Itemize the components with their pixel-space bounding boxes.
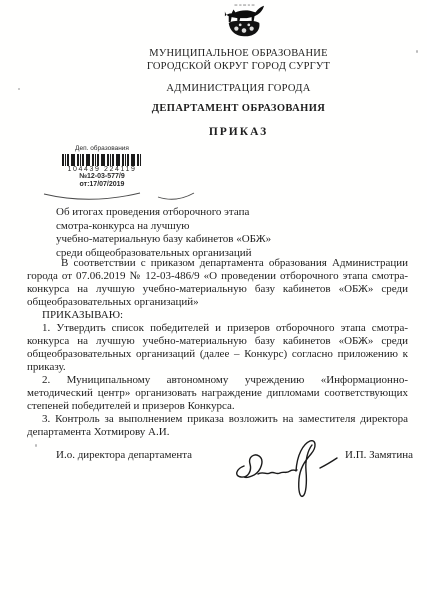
subject-block: Об итогах проведения отборочного этапа с… [56, 206, 306, 260]
surgut-fox-crest-icon [223, 3, 265, 39]
handwritten-signature [230, 424, 342, 506]
department-line: ДЕПАРТАМЕНТ ОБРАЗОВАНИЯ [50, 103, 427, 114]
scan-speck [416, 50, 418, 53]
scan-speck [35, 444, 37, 447]
org-name: МУНИЦИПАЛЬНОЕ ОБРАЗОВАНИЕ ГОРОДСКОЙ ОКРУ… [50, 48, 427, 73]
order-item-2: 2. Муниципальному автономному учреждению… [27, 374, 408, 413]
intro-paragraph: В соответствии с приказом департамента о… [27, 257, 408, 309]
signer-position: И.о. директора департамента [56, 449, 192, 461]
org-name-line2: ГОРОДСКОЙ ОКРУГ ГОРОД СУРГУТ [50, 61, 427, 74]
stamp-date: от:17/07/2019 [62, 181, 142, 189]
order-body: В соответствии с приказом департамента о… [27, 257, 408, 439]
registration-stamp: Деп. образования 104439 224119 №12-03-57… [62, 145, 142, 189]
stamp-registration-number: №12-03-577/9 [62, 173, 142, 181]
subject-line: учебно-материальную базу кабинетов «ОБЖ» [56, 233, 306, 247]
administration-line: АДМИНИСТРАЦИЯ ГОРОДА [50, 83, 427, 94]
document-page: МУНИЦИПАЛЬНОЕ ОБРАЗОВАНИЕ ГОРОДСКОЙ ОКРУ… [0, 0, 427, 598]
document-type-title: ПРИКАЗ [50, 126, 427, 138]
order-item-3: 3. Контроль за выполнением приказа возло… [27, 413, 408, 439]
barcode-number: 104439 224119 [62, 166, 142, 173]
resolution-heading: ПРИКАЗЫВАЮ: [27, 309, 408, 322]
signer-name: И.П. Замятина [345, 449, 413, 461]
order-item-1: 1. Утвердить список победителей и призер… [27, 322, 408, 374]
pen-flourish-line [42, 189, 197, 205]
subject-line: смотра-конкурса на лучшую [56, 220, 306, 234]
subject-line: Об итогах проведения отборочного этапа [56, 206, 306, 220]
org-name-line1: МУНИЦИПАЛЬНОЕ ОБРАЗОВАНИЕ [50, 48, 427, 61]
scan-speck [18, 88, 20, 90]
stamp-department-label: Деп. образования [62, 145, 142, 153]
